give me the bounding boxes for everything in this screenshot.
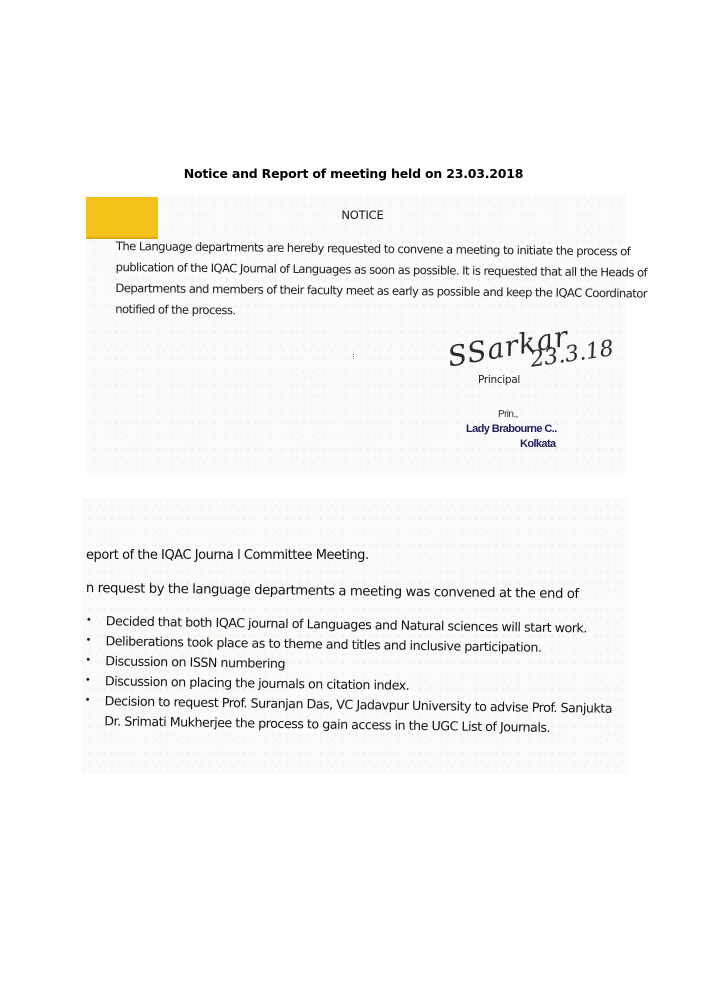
bullet-icon: • (85, 671, 91, 691)
notice-body: The Language departments are hereby requ… (115, 236, 636, 325)
stamp-line: Kolkata (466, 437, 557, 452)
list-item: • Decision to request Prof. Suranjan Das… (84, 691, 612, 739)
list-item-text: Discussion on ISSN numbering (105, 653, 285, 671)
bullet-icon: • (85, 631, 91, 651)
list-item-text: Discussion on placing the journals on ci… (105, 673, 410, 693)
stamp-line: Prin., (466, 407, 557, 422)
institution-stamp: Prin., Lady Brabourne C.. Kolkata (466, 407, 557, 452)
scan-artifact (353, 354, 355, 359)
bullet-icon: • (86, 611, 92, 631)
report-decisions-list: • Decided that both IQAC journal of Lang… (84, 611, 613, 739)
report-heading: eport of the IQAC Journa l Committee Mee… (86, 548, 369, 563)
notice-heading: NOTICE (0, 208, 707, 222)
signatory-designation: Principal (478, 374, 520, 386)
bullet-icon: • (85, 691, 91, 711)
bullet-icon: • (85, 651, 91, 671)
stamp-line: Lady Brabourne C.. (466, 422, 557, 437)
document-title: Notice and Report of meeting held on 23.… (0, 166, 707, 181)
